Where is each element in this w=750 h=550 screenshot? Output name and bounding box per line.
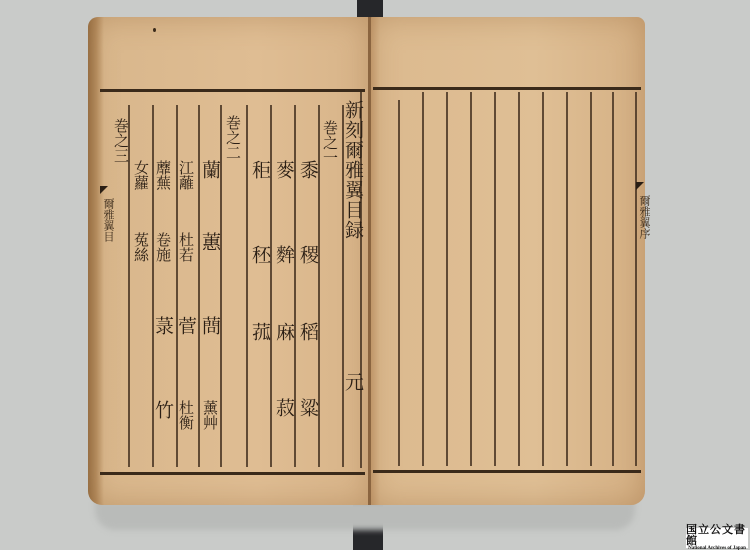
section-heading-1: 巻之一 <box>322 120 337 165</box>
column-rule <box>590 92 592 466</box>
archive-watermark: 国立公文書館 National Archives of Japan <box>686 528 748 548</box>
column-rule <box>470 92 472 466</box>
right-page-frame <box>373 87 641 473</box>
toc-entry: 秬 <box>250 160 269 180</box>
toc-entry: 菅 <box>176 316 195 336</box>
watermark-jp: 国立公文書館 <box>686 524 748 546</box>
section-heading-3: 巻之三 <box>113 118 128 163</box>
section-heading-2: 巻之二 <box>225 115 240 160</box>
toc-entry: 菟絲 <box>133 232 148 262</box>
column-rule <box>542 92 544 466</box>
fore-edge-triangle <box>636 182 644 190</box>
toc-entry: 菉 <box>153 316 172 336</box>
column-rule <box>398 100 400 466</box>
book-title: 新刻爾雅翼目録 <box>343 100 362 240</box>
column-rule <box>635 92 637 466</box>
column-rule <box>246 105 248 467</box>
toc-entry: 蔄 <box>200 316 219 336</box>
column-rule <box>446 92 448 466</box>
toc-entry: 薰艸 <box>202 400 217 430</box>
toc-entry: 麥 <box>274 160 293 180</box>
toc-entry: 麰 <box>274 245 293 265</box>
toc-entry: 江蘺 <box>178 160 193 190</box>
page-number: 元 <box>343 372 362 392</box>
book-gutter <box>368 17 371 505</box>
column-rule <box>494 92 496 466</box>
fore-edge-triangle <box>100 186 108 194</box>
toc-entry: 蘭 <box>200 160 219 180</box>
toc-entry: 麻 <box>274 322 293 342</box>
toc-entry: 黍 <box>298 160 317 180</box>
toc-entry: 秠 <box>250 245 269 265</box>
toc-entry: 稷 <box>298 245 317 265</box>
column-rule <box>566 92 568 466</box>
toc-entry: 杜衡 <box>178 400 193 430</box>
fore-edge-label: 爾雅翼目 <box>100 198 116 242</box>
column-rule <box>518 92 520 466</box>
column-rule <box>612 92 614 466</box>
toc-entry: 粱 <box>298 398 317 418</box>
toc-entry: 竹 <box>153 400 172 420</box>
toc-entry: 女蘿 <box>133 160 148 190</box>
toc-entry: 菽 <box>274 398 293 418</box>
column-rule <box>422 92 424 466</box>
toc-entry: 稻 <box>298 322 317 342</box>
fore-edge-label: 爾雅翼序 <box>636 195 652 239</box>
toc-entry: 卷施 <box>155 232 170 262</box>
ink-spot <box>153 28 156 32</box>
toc-entry: 杜若 <box>178 232 193 262</box>
toc-entry: 蘼蕪 <box>155 160 170 190</box>
watermark-en: National Archives of Japan <box>688 546 746 550</box>
toc-entry: 菰 <box>250 322 269 342</box>
toc-entry: 蕙 <box>200 232 219 252</box>
